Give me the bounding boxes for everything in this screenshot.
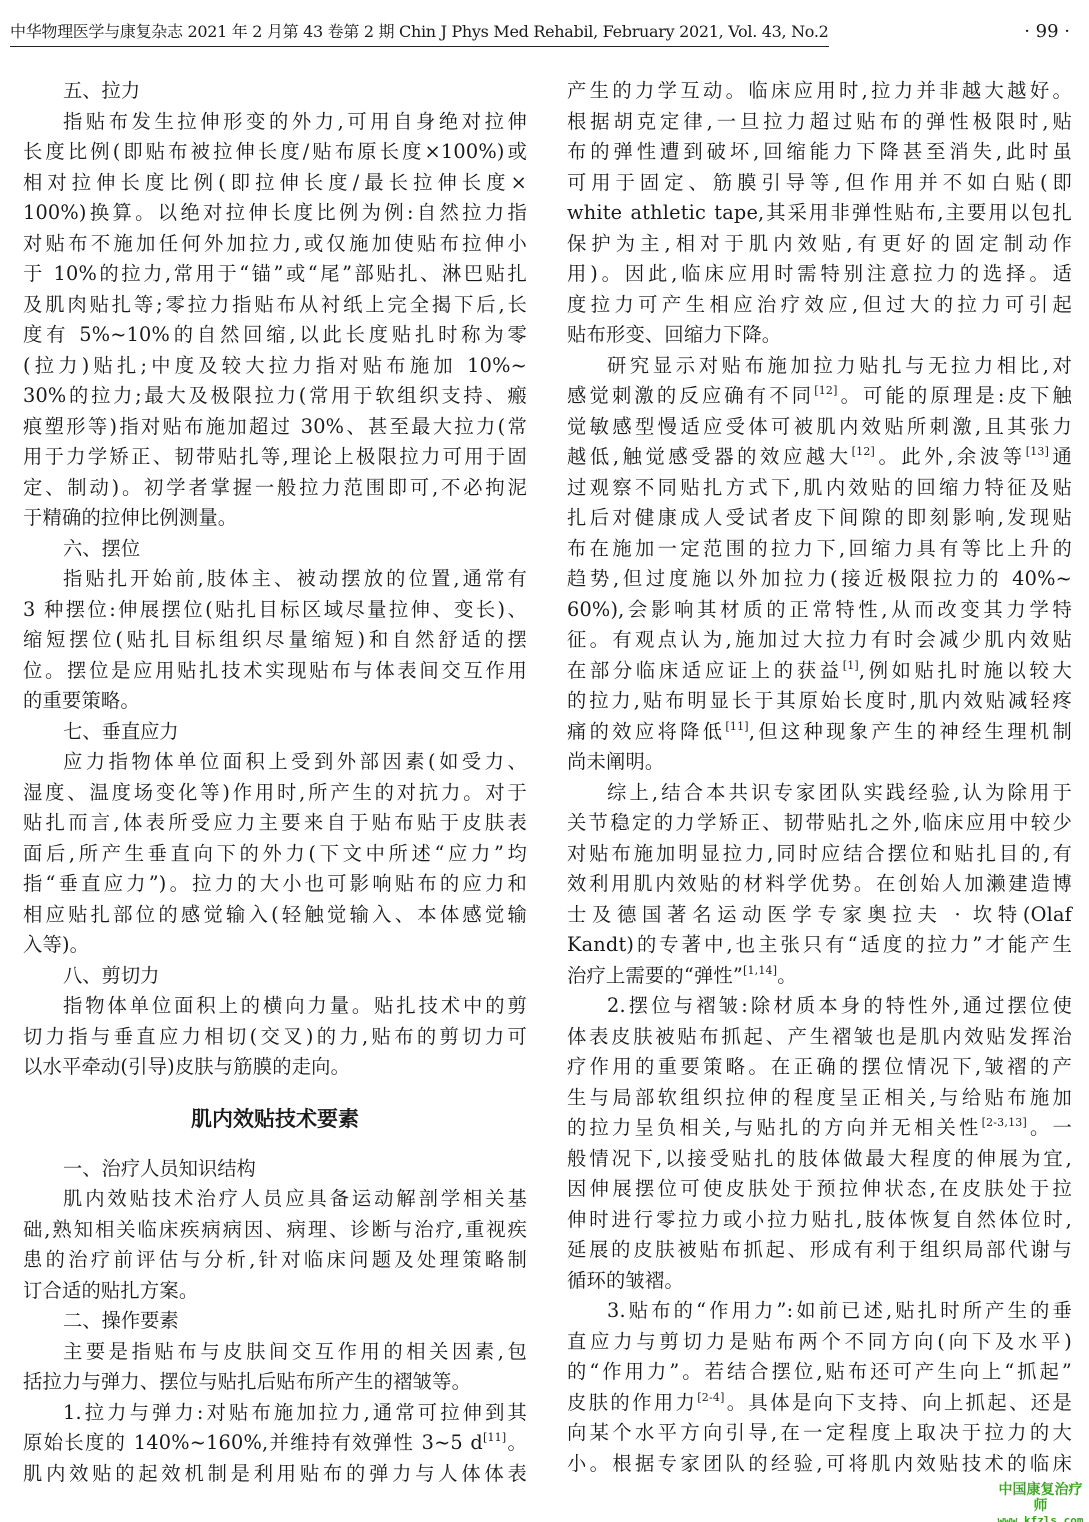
- watermark-url: www.kfzls.com: [992, 1514, 1089, 1522]
- text-line: 因伸展摆位可使皮肤处于预拉伸状态,在皮肤处于拉: [567, 1174, 1072, 1205]
- citation-ref: [12]: [852, 445, 875, 458]
- running-header: 中华物理医学与康复杂志 2021 年 2 月第 43 卷第 2 期 Chin J…: [10, 20, 1070, 48]
- text-line: 般情况下,以接受贴扎的肢体做最大程度的伸展为宜,: [567, 1144, 1072, 1175]
- text-line: 感觉刺激的反应确有不同[12]。可能的原理是:皮下触: [567, 381, 1072, 412]
- text-line: 缩短摆位(贴扎目标组织尽量缩短)和自然舒适的摆: [23, 625, 527, 656]
- text-line: 疗作用的重要策略。在正确的摆位情况下,皱褶的产: [567, 1052, 1072, 1083]
- citation-ref: [2-4]: [697, 1391, 724, 1404]
- text-line: 越低,触觉感受器的效应越大[12]。此外,余波等[13]通: [567, 442, 1072, 473]
- text-fragment: 痛的效应将降低: [567, 720, 725, 743]
- text-line: 痕塑形等)指对贴布施加超过 30%、甚至最大拉力(常: [23, 412, 527, 443]
- text-line: 根据胡克定律,一旦拉力超过贴布的弹性极限时,贴: [567, 107, 1072, 138]
- text-line: 可用于固定、筋膜引导等,但作用并不如白贴(即: [567, 168, 1072, 199]
- text-line: white athletic tape,其采用非弹性贴布,主要用以包扎: [567, 198, 1072, 229]
- text-line: 治疗上需要的“弹性”[1,14]。: [567, 961, 1072, 992]
- text-line: 患的治疗前评估与分析,针对临床问题及处理策略制: [23, 1245, 527, 1276]
- text-line: 应力指物体单位面积上受到外部因素(如受力、: [23, 747, 527, 778]
- text-line: 的拉力,贴布明显长于其原始长度时,肌内效贴减轻疼: [567, 686, 1072, 717]
- paragraph-positioning: 指贴扎开始前,肢体主、被动摆放的位置,通常有 3 种摆位:伸展摆位(贴扎目标区域…: [23, 564, 527, 717]
- left-column: 五、拉力 指贴布发生拉伸形变的外力,可用自身绝对拉伸 长度比例(即贴布被拉伸长度…: [23, 76, 527, 1489]
- text-line: 延展的皮肤被贴布抓起、形成有利于组织局部代谢与: [567, 1235, 1072, 1266]
- text-line: 3 种摆位:伸展摆位(贴扎目标区域尽量拉伸、变长)、: [23, 595, 527, 626]
- text-line: 于精确的拉伸比例测量。: [23, 503, 527, 534]
- text-line: 的拉力呈负相关,与贴扎的方向并无相关性[2-3,13]。一: [567, 1113, 1072, 1144]
- text-line: 指贴布发生拉伸形变的外力,可用自身绝对拉伸: [23, 107, 527, 138]
- journal-citation: 中华物理医学与康复杂志 2021 年 2 月第 43 卷第 2 期 Chin J…: [10, 20, 829, 47]
- citation-ref: [1,14]: [743, 964, 777, 977]
- text-line: 向某个水平方向引导,在一定程度上取决于拉力的大: [567, 1418, 1072, 1449]
- text-line: 3.贴布的“作用力”:如前已述,贴扎时所产生的垂: [567, 1296, 1072, 1327]
- text-line: 100%)换算。以绝对拉伸长度比例为例:自然拉力指: [23, 198, 527, 229]
- text-line: 扎后对健康成人受试者皮下间隙的即刻影响,发现贴: [567, 503, 1072, 534]
- text-line: 觉敏感型慢适应受体可被肌内效贴所刺激,且其张力: [567, 412, 1072, 443]
- text-fragment: 皮肤的作用力: [567, 1391, 697, 1414]
- text-fragment: 。具体是向下支持、向上抓起、还是: [725, 1391, 1072, 1414]
- text-line: 过观察不同贴扎方式下,肌内效贴的回缩力特征及贴: [567, 473, 1072, 504]
- text-line: 湿度、温度场变化等)作用时,所产生的对抗力。对于: [23, 778, 527, 809]
- text-line: 综上,结合本共识专家团队实践经验,认为除用于: [567, 778, 1072, 809]
- text-line: 长度比例(即贴布被拉伸长度/贴布原长度×100%)或: [23, 137, 527, 168]
- text-line: Kandt)的专著中,也主张只有“适度的拉力”才能产生: [567, 930, 1072, 961]
- text-fragment: 的拉力呈负相关,与贴扎的方向并无相关性: [567, 1116, 982, 1139]
- subheading-vertical-stress: 七、垂直应力: [23, 717, 527, 748]
- text-line: 痛的效应将降低[11],但这种现象产生的神经生理机制: [567, 717, 1072, 748]
- text-line: 切力指与垂直应力相切(交叉)的力,贴布的剪切力可: [23, 1022, 527, 1053]
- text-line: 础,熟知相关临床疾病病因、病理、诊断与治疗,重视疾: [23, 1215, 527, 1246]
- paragraph-tension-elasticity: 1.拉力与弹力:对贴布施加拉力,通常可拉伸到其 原始长度的 140%~160%,…: [23, 1398, 527, 1490]
- text-line: 订合适的贴扎方案。: [23, 1276, 527, 1307]
- text-line: 用)。因此,临床应用时需特别注意拉力的选择。适: [567, 259, 1072, 290]
- text-fragment: ,例如贴扎时施以较大: [859, 659, 1072, 682]
- text-line: 肌内效贴技术治疗人员应具备运动解剖学相关基: [23, 1184, 527, 1215]
- text-line: 布在施加一定范围的拉力下,回缩力具有等比上升的: [567, 534, 1072, 565]
- text-fragment: 治疗上需要的“弹性”: [567, 964, 743, 987]
- paragraph-positioning-wrinkles: 2.摆位与褶皱:除材质本身的特性外,通过摆位使 体表皮肤被贴布抓起、产生褶皱也是…: [567, 991, 1072, 1296]
- text-line: 的“作用力”。若结合摆位,贴布还可产生向上“抓起”: [567, 1357, 1072, 1388]
- text-fragment: 。此外,余波等: [875, 445, 1026, 468]
- text-line: 研究显示对贴布施加拉力贴扎与无拉力相比,对: [567, 351, 1072, 382]
- subheading-shear-force: 八、剪切力: [23, 961, 527, 992]
- text-line: 指物体单位面积上的横向力量。贴扎技术中的剪: [23, 991, 527, 1022]
- text-line: 对贴布施加明显拉力,同时应结合摆位和贴扎目的,有: [567, 839, 1072, 870]
- text-line: 及肌肉贴扎等;零拉力指贴布从衬纸上完全揭下后,长: [23, 290, 527, 321]
- text-line: 布的弹性遭到破坏,回缩能力下降甚至消失,此时虽: [567, 137, 1072, 168]
- text-line: 以水平牵动(引导)皮肤与筋膜的走向。: [23, 1052, 527, 1083]
- subheading-tension: 五、拉力: [23, 76, 527, 107]
- site-watermark: 中国康复治疗师 www.kfzls.com: [992, 1482, 1089, 1522]
- paragraph-shear-force: 指物体单位面积上的横向力量。贴扎技术中的剪 切力指与垂直应力相切(交叉)的力,贴…: [23, 991, 527, 1083]
- paragraph-tension: 指贴布发生拉伸形变的外力,可用自身绝对拉伸 长度比例(即贴布被拉伸长度/贴布原长…: [23, 107, 527, 534]
- right-column: 产生的力学互动。临床应用时,拉力并非越大越好。 根据胡克定律,一旦拉力超过贴布的…: [567, 76, 1072, 1479]
- text-line: (拉力)贴扎;中度及较大拉力指对贴布施加 10%~: [23, 351, 527, 382]
- citation-ref: [12]: [814, 384, 837, 397]
- text-line: 位。摆位是应用贴扎技术实现贴布与体表间交互作用: [23, 656, 527, 687]
- subheading-positioning: 六、摆位: [23, 534, 527, 565]
- page-number: · 99 ·: [1024, 20, 1070, 44]
- text-line: 贴扎而言,体表所受应力主要来自于贴布贴于皮肤表: [23, 808, 527, 839]
- text-line: 指“垂直应力”)。拉力的大小也可影响贴布的应力和: [23, 869, 527, 900]
- text-line: 用于力学矫正、韧带贴扎等,理论上极限拉力可用于固: [23, 442, 527, 473]
- text-line: 尚未阐明。: [567, 747, 1072, 778]
- citation-ref: [11]: [725, 720, 748, 733]
- text-fragment: 。可能的原理是:皮下触: [838, 384, 1072, 407]
- text-line: 主要是指贴布与皮肤间交互作用的相关因素,包: [23, 1337, 527, 1368]
- text-line: 贴布形变、回缩力下降。: [567, 320, 1072, 351]
- subheading-operation-elements: 二、操作要素: [23, 1306, 527, 1337]
- text-line: 效利用肌内效贴的材料学优势。在创始人加濑建造博: [567, 869, 1072, 900]
- text-fragment: 。: [506, 1431, 527, 1454]
- text-fragment: 通: [1049, 445, 1072, 468]
- text-line: 在部分临床适应证上的获益[1],例如贴扎时施以较大: [567, 656, 1072, 687]
- paragraph-tape-forces: 3.贴布的“作用力”:如前已述,贴扎时所产生的垂 直应力与剪切力是贴布两个不同方…: [567, 1296, 1072, 1479]
- text-line: 2.摆位与褶皱:除材质本身的特性外,通过摆位使: [567, 991, 1072, 1022]
- text-fragment: 。一: [1027, 1116, 1072, 1139]
- citation-ref: [11]: [483, 1431, 506, 1444]
- text-line: 伸时进行零拉力或小拉力贴扎,肢体恢复自然体位时,: [567, 1205, 1072, 1236]
- text-line: 趋势,但过度施以外加拉力(接近极限拉力的 40%~: [567, 564, 1072, 595]
- text-line: 生与局部软组织拉伸的程度呈正相关,与给贴布施加: [567, 1083, 1072, 1114]
- text-line: 定、制动)。初学者掌握一般拉力范围即可,不必拘泥: [23, 473, 527, 504]
- text-line: 肌内效贴的起效机制是利用贴布的弹力与人体体表: [23, 1459, 527, 1490]
- citation-ref: [1]: [843, 659, 859, 672]
- text-line: 相对拉伸长度比例(即拉伸长度/最长拉伸长度×: [23, 168, 527, 199]
- text-fragment: 。: [777, 964, 796, 987]
- text-line: 60%),会影响其材质的正常特性,从而改变其力学特: [567, 595, 1072, 626]
- paragraph-research-findings: 研究显示对贴布施加拉力贴扎与无拉力相比,对 感觉刺激的反应确有不同[12]。可能…: [567, 351, 1072, 778]
- text-fragment: 越低,触觉感受器的效应越大: [567, 445, 852, 468]
- text-line: 原始长度的 140%~160%,并维持有效弹性 3~5 d[11]。: [23, 1428, 527, 1459]
- citation-ref: [2-3,13]: [982, 1116, 1027, 1129]
- text-line: 括拉力与弹力、摆位与贴扎后贴布所产生的褶皱等。: [23, 1367, 527, 1398]
- text-line: 相应贴扎部位的感觉输入(轻触觉输入、本体感觉输: [23, 900, 527, 931]
- paragraph-operation-elements: 主要是指贴布与皮肤间交互作用的相关因素,包 括拉力与弹力、摆位与贴扎后贴布所产生…: [23, 1337, 527, 1398]
- text-line: 保护为主,相对于肌内效贴,有更好的固定制动作: [567, 229, 1072, 260]
- paragraph-summary: 综上,结合本共识专家团队实践经验,认为除用于 关节稳定的力学矫正、韧带贴扎之外,…: [567, 778, 1072, 992]
- text-line: 产生的力学互动。临床应用时,拉力并非越大越好。: [567, 76, 1072, 107]
- text-fragment: 在部分临床适应证上的获益: [567, 659, 843, 682]
- text-line: 面后,所产生垂直向下的外力(下文中所述“应力”均: [23, 839, 527, 870]
- text-line: 皮肤的作用力[2-4]。具体是向下支持、向上抓起、还是: [567, 1388, 1072, 1419]
- text-line: 循环的皱褶。: [567, 1266, 1072, 1297]
- text-line: 度有 5%~10%的自然回缩,以此长度贴扎时称为零: [23, 320, 527, 351]
- paragraph-tension-continued: 产生的力学互动。临床应用时,拉力并非越大越好。 根据胡克定律,一旦拉力超过贴布的…: [567, 76, 1072, 351]
- text-fragment: ,但这种现象产生的神经生理机制: [749, 720, 1072, 743]
- paragraph-therapist-knowledge: 肌内效贴技术治疗人员应具备运动解剖学相关基 础,熟知相关临床疾病病因、病理、诊断…: [23, 1184, 527, 1306]
- watermark-title: 中国康复治疗师: [992, 1482, 1089, 1514]
- text-line: 小。根据专家团队的经验,可将肌内效贴技术的临床: [567, 1449, 1072, 1480]
- text-line: 征。有观点认为,施加过大拉力有时会减少肌内效贴: [567, 625, 1072, 656]
- text-line: 指贴扎开始前,肢体主、被动摆放的位置,通常有: [23, 564, 527, 595]
- citation-ref: [13]: [1026, 445, 1049, 458]
- text-line: 1.拉力与弹力:对贴布施加拉力,通常可拉伸到其: [23, 1398, 527, 1429]
- text-fragment: 感觉刺激的反应确有不同: [567, 384, 814, 407]
- text-line: 于 10%的拉力,常用于“锚”或“尾”部贴扎、淋巴贴扎: [23, 259, 527, 290]
- text-line: 度拉力可产生相应治疗效应,但过大的拉力可引起: [567, 290, 1072, 321]
- text-fragment: 原始长度的 140%~160%,并维持有效弹性 3~5 d: [23, 1431, 483, 1454]
- text-line: 对贴布不施加任何外加拉力,或仅施加使贴布拉伸小: [23, 229, 527, 260]
- text-line: 入等)。: [23, 930, 527, 961]
- text-line: 30%的拉力;最大及极限拉力(常用于软组织支持、瘢: [23, 381, 527, 412]
- text-line: 直应力与剪切力是贴布两个不同方向(向下及水平): [567, 1327, 1072, 1358]
- subheading-therapist-knowledge: 一、治疗人员知识结构: [23, 1154, 527, 1185]
- text-line: 的重要策略。: [23, 686, 527, 717]
- paragraph-vertical-stress: 应力指物体单位面积上受到外部因素(如受力、 湿度、温度场变化等)作用时,所产生的…: [23, 747, 527, 961]
- text-line: 关节稳定的力学矫正、韧带贴扎之外,临床应用中较少: [567, 808, 1072, 839]
- section-title: 肌内效贴技术要素: [23, 1089, 527, 1150]
- text-line: 体表皮肤被贴布抓起、产生褶皱也是肌内效贴发挥治: [567, 1022, 1072, 1053]
- text-line: 士及德国著名运动医学专家奥拉夫 · 坎特(Olaf: [567, 900, 1072, 931]
